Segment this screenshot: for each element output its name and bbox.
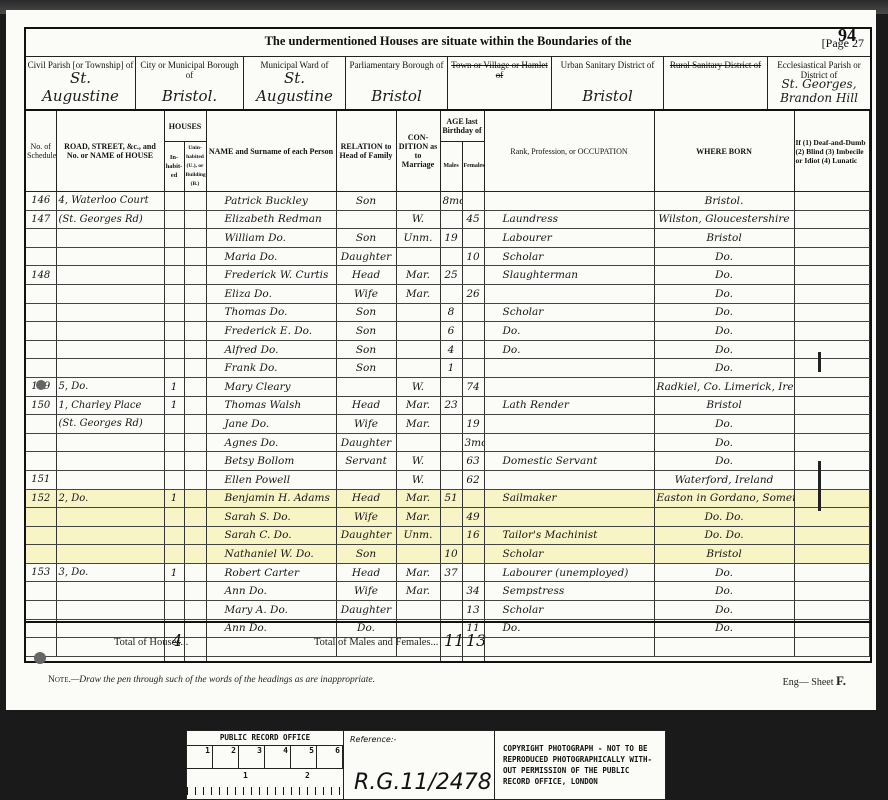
- table-row: 148Frederick W. CurtisHeadMar.25Slaughte…: [26, 266, 870, 285]
- inhabited-count-cell: [164, 359, 184, 378]
- schedule-number-cell: [26, 284, 56, 303]
- relation-cell: [336, 377, 396, 396]
- occupation-cell: [484, 433, 654, 452]
- relation-cell: Daughter: [336, 433, 396, 452]
- table-row: Alfred Do.Son4Do.Do.: [26, 340, 870, 359]
- occupation-cell: Scholar: [484, 247, 654, 266]
- birthplace-cell: Do.: [654, 601, 794, 620]
- female-age-cell: [462, 322, 484, 341]
- address-cell: 4, Waterloo Court: [56, 192, 164, 211]
- relation-cell: Son: [336, 340, 396, 359]
- relation-cell: Son: [336, 545, 396, 564]
- male-age-cell: [440, 508, 462, 527]
- female-age-cell: 74: [462, 377, 484, 396]
- marital-condition-cell: Mar.: [396, 582, 440, 601]
- table-row: Maria Do.Daughter10ScholarDo.: [26, 247, 870, 266]
- male-age-cell: 4: [440, 340, 462, 359]
- relation-cell: [336, 210, 396, 229]
- person-name-cell: Mary A. Do.: [206, 601, 336, 620]
- occupation-cell: [484, 284, 654, 303]
- address-cell: [56, 322, 164, 341]
- male-age-cell: [440, 210, 462, 229]
- person-name-cell: Nathaniel W. Do.: [206, 545, 336, 564]
- sheet-prefix: Eng— Sheet: [783, 677, 834, 688]
- male-age-cell: 10: [440, 545, 462, 564]
- female-age-cell: 49: [462, 508, 484, 527]
- occupation-cell: [484, 415, 654, 434]
- urban-sanitary-value: Bristol: [556, 87, 659, 105]
- table-row: Nathaniel W. Do.Son10ScholarBristol: [26, 545, 870, 564]
- divider: [206, 623, 207, 661]
- female-age-cell: 13: [462, 601, 484, 620]
- schedule-number-cell: [26, 303, 56, 322]
- marital-condition-cell: Mar.: [396, 266, 440, 285]
- marital-condition-cell: Mar.: [396, 396, 440, 415]
- uninhabited-count-cell: [184, 508, 206, 527]
- occupation-cell: [484, 192, 654, 211]
- ruler-mark: 4: [265, 746, 291, 768]
- male-age-cell: 8mo: [440, 192, 462, 211]
- person-name-cell: Sarah C. Do.: [206, 526, 336, 545]
- infirmity-cell: [794, 433, 869, 452]
- divider: [184, 623, 185, 661]
- ruler-panel: PUBLIC RECORD OFFICE 1 2 3 4 5 6 1 2: [187, 731, 344, 799]
- ruler-mark: 1: [243, 771, 248, 780]
- inhabited-count-cell: [164, 415, 184, 434]
- rural-sanitary-label: Rural Sanitary District of: [664, 57, 767, 70]
- table-row: Frank Do.Son1Do.: [26, 359, 870, 378]
- address-cell: [56, 229, 164, 248]
- female-age-cell: [462, 359, 484, 378]
- occupation-cell: Scholar: [484, 601, 654, 620]
- occupation-cell: [484, 377, 654, 396]
- birthplace-cell: Do.: [654, 284, 794, 303]
- col-header-relation: RELATION to Head of Family: [336, 111, 396, 192]
- person-name-cell: Patrick Buckley: [206, 192, 336, 211]
- relation-cell: Daughter: [336, 601, 396, 620]
- infirmity-cell: [794, 526, 869, 545]
- uninhabited-count-cell: [184, 415, 206, 434]
- occupation-cell: Tailor's Machinist: [484, 526, 654, 545]
- birthplace-cell: Do.: [654, 266, 794, 285]
- male-age-cell: [440, 582, 462, 601]
- birthplace-cell: Do.: [654, 247, 794, 266]
- divider: [440, 623, 441, 661]
- relation-cell: Wife: [336, 415, 396, 434]
- birthplace-cell: Do.: [654, 582, 794, 601]
- marital-condition-cell: W.: [396, 452, 440, 471]
- schedule-number-cell: [26, 601, 56, 620]
- inhabited-count-cell: [164, 322, 184, 341]
- reference-number: R.G.11/2478: [354, 770, 492, 795]
- female-age-cell: 10: [462, 247, 484, 266]
- male-age-cell: 8: [440, 303, 462, 322]
- relation-cell: Daughter: [336, 526, 396, 545]
- table-row: 1533, Do.1Robert CarterHeadMar.37Laboure…: [26, 563, 870, 582]
- inhabited-count-cell: 1: [164, 489, 184, 508]
- relation-cell: Wife: [336, 508, 396, 527]
- form-title: The undermentioned Houses are situate wi…: [265, 34, 632, 48]
- female-age-cell: 26: [462, 284, 484, 303]
- municipal-borough-value: Bristol.: [140, 87, 239, 105]
- address-cell: [56, 266, 164, 285]
- uninhabited-count-cell: [184, 563, 206, 582]
- male-age-cell: [440, 452, 462, 471]
- totals-row: Total of Houses... 4 Total of Males and …: [26, 621, 870, 661]
- uninhabited-count-cell: [184, 210, 206, 229]
- infirmity-cell: [794, 303, 869, 322]
- infirmity-cell: [794, 266, 869, 285]
- address-cell: (St. Georges Rd): [56, 210, 164, 229]
- person-name-cell: Thomas Do.: [206, 303, 336, 322]
- marital-condition-cell: [396, 247, 440, 266]
- birthplace-cell: Bristol: [654, 229, 794, 248]
- civil-parish-cell: Civil Parish [or Township] of St. August…: [26, 57, 136, 109]
- urban-sanitary-cell: Urban Sanitary District of Bristol: [552, 57, 664, 109]
- address-cell: [56, 508, 164, 527]
- marital-condition-cell: [396, 192, 440, 211]
- ecclesiastical-parish-value: St. Georges, Brandon Hill: [772, 77, 866, 105]
- table-row: Thomas Do.Son8ScholarDo.: [26, 303, 870, 322]
- inhabited-count-cell: [164, 545, 184, 564]
- urban-sanitary-label: Urban Sanitary District of: [552, 57, 663, 70]
- record-office-title: PUBLIC RECORD OFFICE: [187, 731, 343, 746]
- occupation-cell: Slaughterman: [484, 266, 654, 285]
- female-age-cell: [462, 340, 484, 359]
- relation-cell: Head: [336, 266, 396, 285]
- punch-hole: [36, 380, 46, 390]
- address-cell: 3, Do.: [56, 563, 164, 582]
- divider: [462, 623, 463, 661]
- town-village-cell: Town or Village or Hamlet of: [448, 57, 552, 109]
- female-age-cell: [462, 545, 484, 564]
- occupation-cell: Sailmaker: [484, 489, 654, 508]
- male-age-cell: [440, 601, 462, 620]
- birthplace-cell: Do. Do.: [654, 526, 794, 545]
- female-age-cell: 63: [462, 452, 484, 471]
- table-row: Eliza Do.WifeMar.26Do.: [26, 284, 870, 303]
- table-row: Ann Do.WifeMar.34SempstressDo.: [26, 582, 870, 601]
- birthplace-cell: Bristol: [654, 396, 794, 415]
- reference-label: Reference:-: [350, 735, 396, 744]
- schedule-number-cell: 148: [26, 266, 56, 285]
- inhabited-count-cell: [164, 601, 184, 620]
- parliamentary-borough-cell: Parliamentary Borough of Bristol: [346, 57, 448, 109]
- form-title-row: The undermentioned Houses are situate wi…: [26, 29, 870, 57]
- address-cell: [56, 340, 164, 359]
- uninhabited-count-cell: [184, 396, 206, 415]
- marital-condition-cell: W.: [396, 377, 440, 396]
- sheet-letter: F.: [836, 673, 846, 688]
- relation-cell: Daughter: [336, 247, 396, 266]
- male-age-cell: 19: [440, 229, 462, 248]
- municipal-ward-cell: Municipal Ward of St. Augustine: [244, 57, 346, 109]
- address-cell: [56, 545, 164, 564]
- female-age-cell: 19: [462, 415, 484, 434]
- female-age-cell: [462, 303, 484, 322]
- person-name-cell: Sarah S. Do.: [206, 508, 336, 527]
- table-row: Mary A. Do.Daughter13ScholarDo.: [26, 601, 870, 620]
- uninhabited-count-cell: [184, 582, 206, 601]
- inhabited-count-cell: [164, 247, 184, 266]
- birthplace-cell: Do.: [654, 452, 794, 471]
- occupation-cell: [484, 508, 654, 527]
- uninhabited-count-cell: [184, 192, 206, 211]
- person-name-cell: Frank Do.: [206, 359, 336, 378]
- col-header-condition: CON-DITION as to Marriage: [396, 111, 440, 192]
- occupation-cell: Do.: [484, 322, 654, 341]
- relation-cell: Head: [336, 563, 396, 582]
- address-cell: (St. Georges Rd): [56, 415, 164, 434]
- uninhabited-count-cell: [184, 601, 206, 620]
- address-cell: [56, 470, 164, 489]
- female-age-cell: 3mo: [462, 433, 484, 452]
- col-header-houses: HOUSES: [164, 111, 206, 142]
- table-row: William Do.SonUnm.19LabourerBristol: [26, 229, 870, 248]
- female-age-cell: 45: [462, 210, 484, 229]
- marital-condition-cell: [396, 359, 440, 378]
- census-sheet: The undermentioned Houses are situate wi…: [6, 10, 876, 710]
- marital-condition-cell: W.: [396, 470, 440, 489]
- table-row: 1501, Charley Place1Thomas WalshHeadMar.…: [26, 396, 870, 415]
- infirmity-cell: [794, 396, 869, 415]
- relation-cell: Wife: [336, 284, 396, 303]
- census-form-frame: The undermentioned Houses are situate wi…: [24, 27, 872, 663]
- town-village-label: Town or Village or Hamlet of: [448, 57, 551, 80]
- birthplace-cell: Do.: [654, 563, 794, 582]
- address-cell: [56, 582, 164, 601]
- female-age-cell: 34: [462, 582, 484, 601]
- address-cell: 5, Do.: [56, 377, 164, 396]
- occupation-cell: Sempstress: [484, 582, 654, 601]
- male-age-cell: [440, 247, 462, 266]
- uninhabited-count-cell: [184, 470, 206, 489]
- relation-cell: Servant: [336, 452, 396, 471]
- total-houses-value: 4: [172, 631, 182, 650]
- ruler-bottom: 1 2: [187, 769, 343, 799]
- inhabited-count-cell: [164, 192, 184, 211]
- inhabited-count-cell: [164, 508, 184, 527]
- relation-cell: Son: [336, 359, 396, 378]
- schedule-number-cell: [26, 340, 56, 359]
- inhabited-count-cell: [164, 266, 184, 285]
- person-name-cell: Robert Carter: [206, 563, 336, 582]
- infirmity-cell: [794, 322, 869, 341]
- infirmity-cell: [794, 192, 869, 211]
- relation-cell: Son: [336, 303, 396, 322]
- birthplace-cell: Do.: [654, 359, 794, 378]
- female-age-cell: 16: [462, 526, 484, 545]
- occupation-cell: Domestic Servant: [484, 452, 654, 471]
- inhabited-count-cell: 1: [164, 377, 184, 396]
- table-row: 151Ellen PowellW.62Waterford, Ireland: [26, 470, 870, 489]
- marital-condition-cell: Mar.: [396, 415, 440, 434]
- note-text: —Draw the pen through such of the words …: [71, 675, 375, 685]
- male-age-cell: [440, 526, 462, 545]
- address-cell: 1, Charley Place: [56, 396, 164, 415]
- birthplace-cell: Do.: [654, 322, 794, 341]
- inhabited-count-cell: [164, 303, 184, 322]
- table-row: 1522, Do.1Benjamin H. AdamsHeadMar.51Sai…: [26, 489, 870, 508]
- municipal-borough-cell: City or Municipal Borough of Bristol.: [136, 57, 244, 109]
- divider: [164, 623, 165, 661]
- address-cell: 2, Do.: [56, 489, 164, 508]
- infirmity-cell: [794, 229, 869, 248]
- relation-cell: Son: [336, 192, 396, 211]
- total-persons-label: Total of Males and Females...: [314, 637, 438, 648]
- table-row: Frederick E. Do.Son6Do.Do.: [26, 322, 870, 341]
- infirmity-cell: [794, 563, 869, 582]
- inhabited-count-cell: [164, 229, 184, 248]
- occupation-cell: Lath Render: [484, 396, 654, 415]
- male-age-cell: 25: [440, 266, 462, 285]
- person-name-cell: Frederick E. Do.: [206, 322, 336, 341]
- schedule-number-cell: [26, 433, 56, 452]
- relation-cell: Son: [336, 229, 396, 248]
- rural-sanitary-cell: Rural Sanitary District of: [664, 57, 768, 109]
- infirmity-cell: [794, 508, 869, 527]
- schedule-number-cell: [26, 247, 56, 266]
- inhabited-count-cell: 1: [164, 396, 184, 415]
- relation-cell: Head: [336, 396, 396, 415]
- punch-hole: [34, 652, 46, 664]
- schedule-number-cell: [26, 229, 56, 248]
- census-table-container: No. of Schedule ROAD, STREET, &c., and N…: [26, 111, 870, 657]
- sheet-identifier: Eng— Sheet F.: [783, 673, 846, 689]
- table-row: Sarah C. Do.DaughterUnm.16Tailor's Machi…: [26, 526, 870, 545]
- schedule-number-cell: 150: [26, 396, 56, 415]
- inhabited-count-cell: [164, 210, 184, 229]
- col-header-occupation: Rank, Profession, or OCCUPATION: [484, 111, 654, 192]
- marital-condition-cell: [396, 433, 440, 452]
- footer-note: Note.—Draw the pen through such of the w…: [48, 675, 375, 685]
- uninhabited-count-cell: [184, 340, 206, 359]
- note-prefix: Note.: [48, 675, 71, 685]
- male-age-cell: [440, 377, 462, 396]
- uninhabited-count-cell: [184, 322, 206, 341]
- person-name-cell: Alfred Do.: [206, 340, 336, 359]
- ruler-mark: 1: [187, 746, 213, 768]
- uninhabited-count-cell: [184, 359, 206, 378]
- ecclesiastical-parish-cell: Ecclesiastical Parish or District of St.…: [768, 57, 870, 109]
- address-cell: [56, 526, 164, 545]
- table-row: 1464, Waterloo CourtPatrick BuckleySon8m…: [26, 192, 870, 211]
- occupation-cell: Labourer (unemployed): [484, 563, 654, 582]
- reference-panel: Reference:- R.G.11/2478: [344, 731, 495, 799]
- schedule-number-cell: [26, 415, 56, 434]
- schedule-number-cell: 151: [26, 470, 56, 489]
- col-header-females: Females: [462, 142, 484, 192]
- birthplace-cell: Do.: [654, 415, 794, 434]
- infirmity-cell: [794, 582, 869, 601]
- ruler-ticks: [187, 787, 343, 795]
- inhabited-count-cell: [164, 582, 184, 601]
- uninhabited-count-cell: [184, 303, 206, 322]
- birthplace-cell: Bristol.: [654, 192, 794, 211]
- ruler-top: 1 2 3 4 5 6: [187, 746, 343, 769]
- divider: [484, 623, 485, 661]
- col-header-name: NAME and Surname of each Person: [206, 111, 336, 192]
- col-header-address: ROAD, STREET, &c., and No. or NAME of HO…: [56, 111, 164, 192]
- birthplace-cell: Waterford, Ireland: [654, 470, 794, 489]
- infirmity-cell: [794, 489, 869, 508]
- male-age-cell: 23: [440, 396, 462, 415]
- person-name-cell: Agnes Do.: [206, 433, 336, 452]
- address-cell: [56, 433, 164, 452]
- uninhabited-count-cell: [184, 377, 206, 396]
- table-row: Sarah S. Do.WifeMar.49Do. Do.: [26, 508, 870, 527]
- col-header-inhabited: In-habit-ed: [164, 142, 184, 192]
- occupation-cell: [484, 359, 654, 378]
- pen-mark: [818, 461, 821, 511]
- male-age-cell: 1: [440, 359, 462, 378]
- person-name-cell: Frederick W. Curtis: [206, 266, 336, 285]
- uninhabited-count-cell: [184, 545, 206, 564]
- table-row: 147(St. Georges Rd)Elizabeth RedmanW.45L…: [26, 210, 870, 229]
- female-age-cell: 62: [462, 470, 484, 489]
- col-header-where-born: WHERE BORN: [654, 111, 794, 192]
- person-name-cell: Eliza Do.: [206, 284, 336, 303]
- census-table: No. of Schedule ROAD, STREET, &c., and N…: [26, 111, 870, 657]
- table-row: Agnes Do.Daughter3moDo.: [26, 433, 870, 452]
- schedule-number-cell: [26, 508, 56, 527]
- infirmity-cell: [794, 340, 869, 359]
- admin-boundaries-row: Civil Parish [or Township] of St. August…: [26, 57, 870, 111]
- birthplace-cell: Do. Do.: [654, 508, 794, 527]
- female-age-cell: [462, 229, 484, 248]
- infirmity-cell: [794, 601, 869, 620]
- uninhabited-count-cell: [184, 433, 206, 452]
- female-age-cell: [462, 192, 484, 211]
- infirmity-cell: [794, 247, 869, 266]
- page-number: [Page 27: [822, 31, 864, 55]
- marital-condition-cell: [396, 545, 440, 564]
- col-header-age: AGE last Birthday of: [440, 111, 484, 142]
- table-row: (St. Georges Rd)Jane Do.WifeMar.19Do.: [26, 415, 870, 434]
- birthplace-cell: Easton in Gordano, Somerset: [654, 489, 794, 508]
- schedule-number-cell: [26, 545, 56, 564]
- infirmity-cell: [794, 210, 869, 229]
- inhabited-count-cell: [164, 340, 184, 359]
- schedule-number-cell: 146: [26, 192, 56, 211]
- male-age-cell: 51: [440, 489, 462, 508]
- marital-condition-cell: W.: [396, 210, 440, 229]
- marital-condition-cell: [396, 303, 440, 322]
- uninhabited-count-cell: [184, 266, 206, 285]
- record-office-label: PUBLIC RECORD OFFICE 1 2 3 4 5 6 1 2 Ref…: [186, 730, 666, 800]
- male-age-cell: [440, 433, 462, 452]
- address-cell: [56, 601, 164, 620]
- person-name-cell: Jane Do.: [206, 415, 336, 434]
- occupation-cell: [484, 470, 654, 489]
- infirmity-cell: [794, 284, 869, 303]
- schedule-number-cell: [26, 526, 56, 545]
- col-header-males: Males: [440, 142, 462, 192]
- schedule-number-cell: 152: [26, 489, 56, 508]
- col-header-infirmity: If (1) Deaf-and-Dumb (2) Blind (3) Imbec…: [794, 111, 869, 192]
- birthplace-cell: Bristol: [654, 545, 794, 564]
- person-name-cell: Ellen Powell: [206, 470, 336, 489]
- civil-parish-value: St. Augustine: [30, 69, 131, 105]
- schedule-number-cell: 153: [26, 563, 56, 582]
- male-age-cell: [440, 284, 462, 303]
- address-cell: [56, 247, 164, 266]
- infirmity-cell: [794, 415, 869, 434]
- inhabited-count-cell: [164, 452, 184, 471]
- occupation-cell: Scholar: [484, 545, 654, 564]
- marital-condition-cell: [396, 601, 440, 620]
- address-cell: [56, 284, 164, 303]
